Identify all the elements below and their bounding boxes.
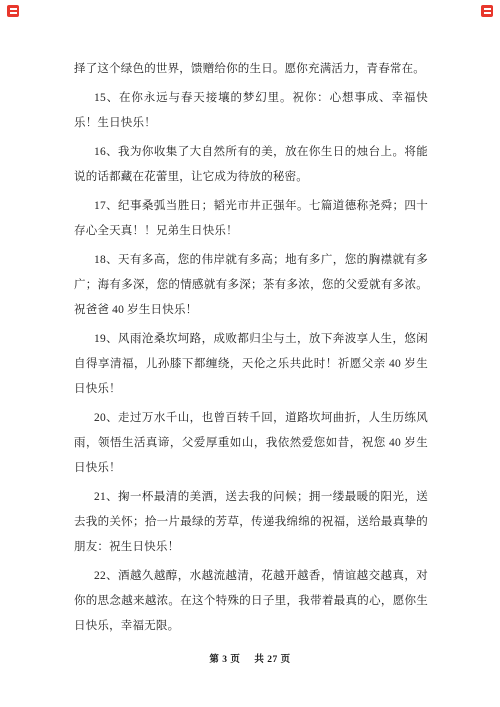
paragraph: 21、掬一杯最清的美酒，送去我的问候；拥一缕最暖的阳光，送去我的关怀；拾一片最绿…	[74, 485, 428, 560]
page-footer: 第 3 页 共 27 页	[0, 651, 500, 665]
corner-stamp-icon	[481, 5, 493, 17]
paragraph: 19、风雨沧桑坎坷路，成败都归尘与土，放下奔波享人生，悠闲自得享清福，儿孙膝下都…	[74, 327, 428, 402]
paragraph: 择了这个绿色的世界，馈赠给你的生日。愿你充满活力，青春常在。	[74, 57, 428, 82]
corner-stamp-icon	[7, 5, 19, 17]
paragraph: 18、天有多高，您的伟岸就有多高；地有多广，您的胸襟就有多广；海有多深，您的情感…	[74, 248, 428, 323]
paragraph: 17、纪事桑弧当胜日；韬光市井正强年。七篇道德称尧舜；四十存心全天真！！兄弟生日…	[74, 194, 428, 244]
paragraph: 20、走过万水千山，也曾百转千回，道路坎坷曲折，人生历练风雨，领悟生活真谛，父爱…	[74, 406, 428, 481]
paragraph: 22、酒越久越醇，水越流越清，花越开越香，情谊越交越真，对你的思念越来越浓。在这…	[74, 564, 428, 639]
document-page: 择了这个绿色的世界，馈赠给你的生日。愿你充满活力，青春常在。15、在你永远与春天…	[0, 0, 500, 707]
paragraph: 15、在你永远与春天接壤的梦幻里。祝你：心想事成、幸福快乐！生日快乐！	[74, 86, 428, 136]
total-pages-label: 共 27 页	[254, 651, 290, 665]
paragraph: 16、我为你收集了大自然所有的美，放在你生日的烛台上。将能说的话都藏在花蕾里，让…	[74, 140, 428, 190]
current-page-label: 第 3 页	[209, 651, 240, 665]
document-body: 择了这个绿色的世界，馈赠给你的生日。愿你充满活力，青春常在。15、在你永远与春天…	[74, 57, 428, 639]
